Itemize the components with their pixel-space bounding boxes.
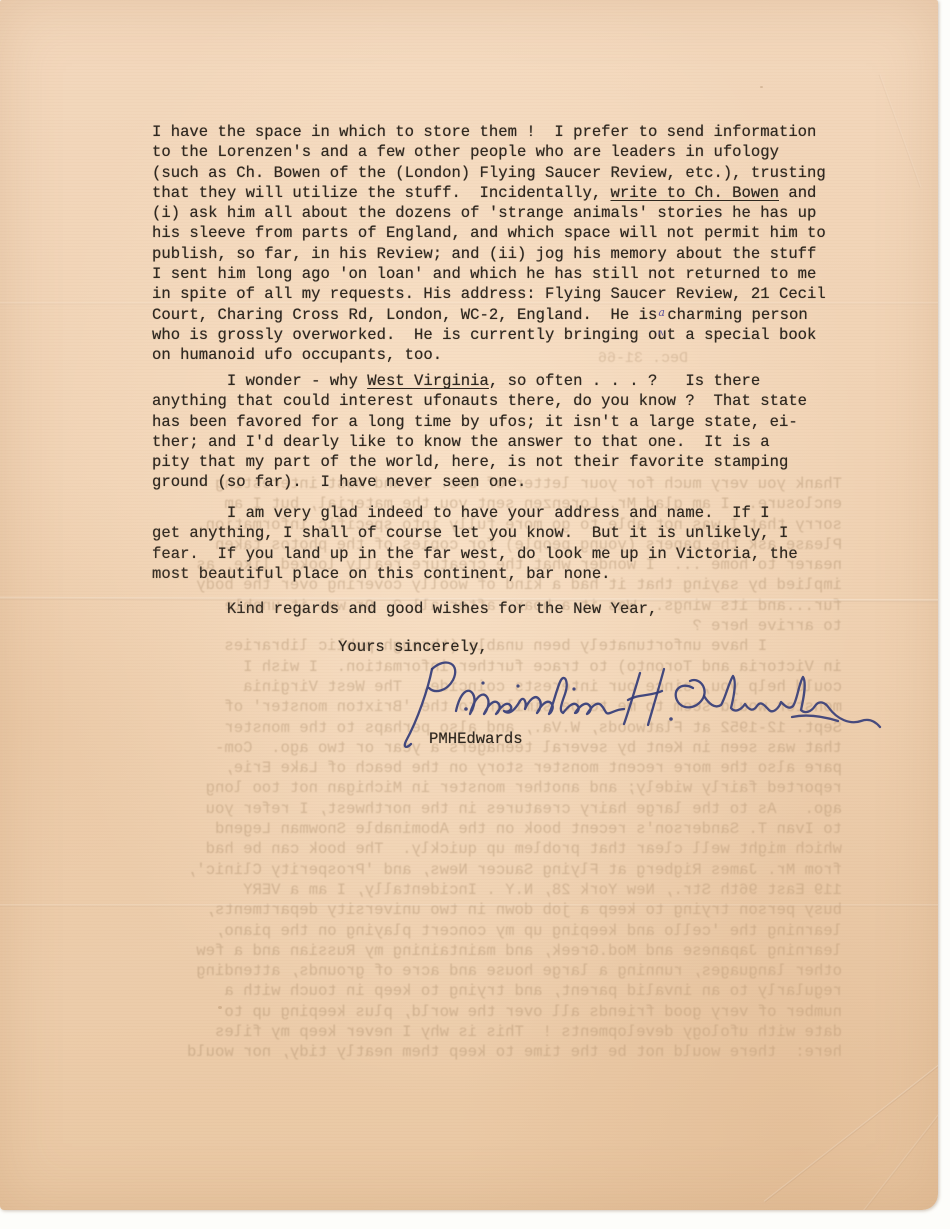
signature	[388, 653, 893, 778]
bleedthrough-line: Thank you very much for your letter of D…	[140, 474, 842, 494]
letter-line: anything that could interest ufonauts th…	[152, 391, 852, 411]
paper-speck	[760, 86, 763, 88]
letter-paper: Dec. 31-66 Thank you very much for your …	[0, 0, 938, 1210]
bleedthrough-line: 119 East 96th Str., New York 28, N.Y . I…	[140, 880, 842, 900]
bleedthrough-line: I have unfortunately been unable (throug…	[140, 636, 842, 656]
letter-line: fear. If you land up in the far west, do…	[152, 544, 852, 564]
bleedthrough-line: in Victoria and Toronto) to trace furthe…	[140, 657, 842, 677]
bleedthrough-line: learning Japanese and Mod.Greek, and mai…	[140, 941, 842, 961]
fold-crease-bottom	[0, 904, 938, 907]
bleedthrough-line: from Mr. James Rigberg at Flying Saucer …	[140, 860, 842, 880]
bleedthrough-line: enclosure. I am glad Mr. Lorenzen sent y…	[140, 494, 842, 514]
letter-line: I sent him long ago 'on loan' and which …	[152, 264, 852, 284]
fold-crease-top	[0, 302, 938, 305]
letter-line: publish, so far, in his Review; and (ii)…	[152, 244, 852, 264]
letter-line: who is grossly overworked. He is current…	[152, 325, 852, 345]
bleedthrough-line: here: there would not be the time to kee…	[140, 1042, 842, 1062]
bleedthrough-line: learning the 'cello and keeping up my co…	[140, 921, 842, 941]
letter-line: most beautiful place on this continent, …	[152, 564, 852, 584]
letter-line: I have the space in which to store them …	[152, 122, 852, 142]
bleedthrough-line: fur...and its wings. Was it a hoax, afte…	[140, 596, 842, 616]
valediction: Yours sincerely,	[338, 637, 938, 657]
letter-line: I am very glad indeed to have your addre…	[152, 503, 852, 523]
bleedthrough-line: sorry that I was not able to go more ful…	[140, 515, 842, 535]
letter-line: has been favored for a long time by ufos…	[152, 412, 852, 432]
edge-crease	[879, 74, 922, 187]
letter-line: that they will utilize the stuff. Incide…	[152, 183, 852, 203]
bleedthrough-line: number of very good friends all over the…	[140, 1002, 842, 1022]
letter-line: to the Lorenzen's and a few other people…	[152, 142, 852, 162]
paper-speck	[218, 1006, 222, 1009]
bleedthrough-date: Dec. 31-66	[598, 350, 688, 367]
bleedthrough-line: nearer to home ... I wonder what the cre…	[140, 555, 842, 575]
underlined-text: write to Ch. Bowen	[611, 184, 779, 202]
typed-name: PMHEdwards	[429, 729, 938, 749]
bleedthrough-line: that was seen in Kent by several teenage…	[140, 738, 842, 758]
underlined-text: West Virginia	[367, 372, 489, 390]
bleedthrough-line: date with ufology developments ! This is…	[140, 1022, 842, 1042]
letter-line: I wonder - why West Virginia, so often .…	[152, 371, 852, 391]
corner-crease-1	[764, 1059, 938, 1202]
bleedthrough-line: pare also the more recent monster story …	[140, 758, 842, 778]
bleedthrough-line: Sept. 12-1952 at Flatwoods, W.Va., and a…	[140, 718, 842, 738]
bleedthrough-line: to arrive here ?	[140, 616, 842, 636]
bleedthrough-line: busy person trying to keep a job down in…	[140, 900, 842, 920]
fold-crease-middle	[0, 597, 938, 602]
letter-line: his sleeve from parts of England, and wh…	[152, 223, 852, 243]
paragraph-1: I have the space in which to store them …	[152, 122, 852, 366]
letter-line: (such as Ch. Bowen of the (London) Flyin…	[152, 163, 852, 183]
bleedthrough-line: to Ivan T. Sanderson's recent book on th…	[140, 819, 842, 839]
closing-line: Kind regards and good wishes for the New…	[152, 599, 852, 619]
letter-line: pity that my part of the world, here, is…	[152, 452, 852, 472]
bleedthrough-line: implied by saying that it had a kind of …	[140, 575, 842, 595]
bleedthrough-line: reported fairly widely; and another mons…	[140, 778, 842, 798]
letter-line: ther; and I'd dearly like to know the an…	[152, 432, 852, 452]
bleedthrough-line: which might well clear that problem up q…	[140, 839, 842, 859]
bleedthrough-line: regularly to an invalid parent, and tryi…	[140, 981, 842, 1001]
letter-line: Court, Charing Cross Rd, London, WC-2, E…	[152, 305, 852, 325]
paragraph-3: I am very glad indeed to have your addre…	[152, 503, 852, 584]
bleedthrough-line: could help you, since our interests coin…	[140, 677, 842, 697]
letter-line: in spite of all my requests. His address…	[152, 284, 852, 304]
bleedthrough-line: monster would seem to me to be similar t…	[140, 697, 842, 717]
bleedthrough-line: other languages, running a large house a…	[140, 961, 842, 981]
paper-speck	[585, 246, 588, 249]
letter-line: on humanoid ufo occupants, too.	[152, 345, 852, 365]
bleedthrough-line: ago. As to the large hairy creatures in …	[140, 799, 842, 819]
corner-crease-2	[848, 1111, 938, 1210]
letter-line: ground (so far). I have never seen one.	[152, 472, 852, 492]
letter-line: get anything, I shall of course let you …	[152, 523, 852, 543]
paragraph-2: I wonder - why West Virginia, so often .…	[152, 371, 852, 493]
bleedthrough-line: Please ask the papers (young people) for…	[140, 535, 842, 555]
letter-line: (i) ask him all about the dozens of 'str…	[152, 203, 852, 223]
bleedthrough-text: Thank you very much for your letter of D…	[140, 474, 842, 1063]
